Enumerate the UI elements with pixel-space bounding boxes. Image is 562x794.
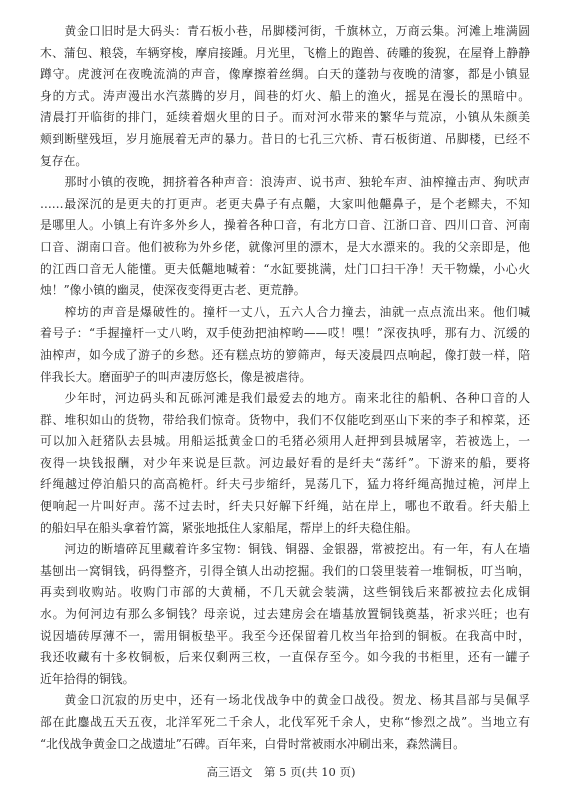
text-line: 清晨打开临街的排门，延续着烟火里的日子。而对河水带来的繁华与荒凉，小镇从朱颜美 (40, 107, 530, 129)
text-line: 伴我长大。磨面驴子的叫声凄厉悠长，像是被虐待。 (40, 367, 530, 389)
text-line: 是哪里人。小镇上有许多外乡人，操着各种口音，有北方口音、江浙口音、四川口音、河南 (40, 215, 530, 237)
text-line: 少年时，河边码头和瓦砾河滩是我们最爱去的地方。南来北往的船帆、各种口音的人 (40, 388, 530, 410)
text-line: 口音、湖南口音。他们被称为外乡佬，就像河里的漂木，是大水漂来的。我的父亲即是，他 (40, 237, 530, 259)
text-line: 夜得一块钱报酬，对少年来说是巨款。河边最好看的是纤夫“荡纤”。下游来的船，要将 (40, 453, 530, 475)
text-line: 纤绳越过停泊船只的高高桅杆。纤夫弓步缩纤，晃荡几下，猛力将纤绳高抛过桅，河岸上 (40, 474, 530, 496)
text-line: 近年拾得的铜钱。 (40, 669, 530, 691)
text-line: 群、堆积如山的货物，带给我们惊奇。货物中，我们不仅能吃到巫山下来的李子和榨菜，还 (40, 410, 530, 432)
page-footer: 高三语文 第 5 页(共 10 页) (0, 764, 562, 780)
paragraph-5: 河边的断墙碎瓦里藏着许多宝物：铜钱、铜器、金银器，常被挖出。有一年，有人在墙 基… (40, 539, 530, 690)
text-line: 烛！”像小镇的幽灵，使深夜变得更古老、更荒静。 (40, 280, 530, 302)
text-line: 蹲守。虎渡河在夜晚流淌的声音，像摩擦着丝绸。白天的蓬勃与夜晚的清寥，都是小镇显 (40, 64, 530, 86)
text-line: 部在此鏖战五天五夜，北洋军死二千余人，北伐军死千余人，史称“惨烈之战”。当地立有 (40, 712, 530, 734)
paragraph-1: 黄金口旧时是大码头：青石板小巷，吊脚楼河街，千旗林立，万商云集。河滩上堆满圆 木… (40, 21, 530, 172)
paragraph-6: 黄金口沉寂的历史中，还有一场北伐战争中的黄金口战役。贺龙、杨其昌部与吴佩孚 部在… (40, 690, 530, 755)
text-line: 颊到断壁残垣，岁月施展着无声的暴力。昔日的七孔三穴桥、青石板街道、吊脚楼，已经不 (40, 129, 530, 151)
text-line: 说因墙砖厚薄不一，需用铜板垫平。我至今还保留着几枚当年拾到的铜板。在我高中时， (40, 626, 530, 648)
text-line: 便响起一片叫好声。荡不过去时，纤夫只好解下纤绳，站在岸上，哪也不敢看。纤夫船上 (40, 496, 530, 518)
text-line: 河边的断墙碎瓦里藏着许多宝物：铜钱、铜器、金银器，常被挖出。有一年，有人在墙 (40, 539, 530, 561)
text-line: 黄金口旧时是大码头：青石板小巷，吊脚楼河街，千旗林立，万商云集。河滩上堆满圆 (40, 21, 530, 43)
text-line: 榨坊的声音是爆破性的。撞杆一丈八，五六人合力撞去，油就一点点流出来。他们喊 (40, 302, 530, 324)
text-line: 的江西口音无人能懂。更夫低齆地喊着：“水缸要挑满，灶门口扫干净！天干物燥，小心火 (40, 259, 530, 281)
document-body: 黄金口旧时是大码头：青石板小巷，吊脚楼河街，千旗林立，万商云集。河滩上堆满圆 木… (40, 21, 530, 755)
text-line: 可以加入赶猪队去县城。用船运抵黄金口的毛猪必须用人赶押到县城屠宰，若被选上，一 (40, 431, 530, 453)
text-line: 那时小镇的夜晚，拥挤着各种声音：浪涛声、说书声、独轮车声、油榨撞击声、狗吠声 (40, 172, 530, 194)
text-line: 黄金口沉寂的历史中，还有一场北伐战争中的黄金口战役。贺龙、杨其昌部与吴佩孚 (40, 690, 530, 712)
text-line: 的船妇早在船头拿着竹篙，紧张地抵住人家船尾，帮岸上的纤夫稳住船。 (40, 518, 530, 540)
text-line: 水。为何河边有那么多铜钱？母亲说，过去建房会在墙基放置铜钱奠基，祈求兴旺；也有 (40, 604, 530, 626)
text-line: 木、蒲包、粮袋，车辆穿梭，摩肩接踵。月光里，飞檐上的跑兽、砖雕的狻猊，在屋脊上静… (40, 43, 530, 65)
text-line: 身的方式。涛声漫出水汽蒸腾的岁月，闾巷的灯火、船上的渔火，摇晃在漫长的黑暗中。 (40, 86, 530, 108)
paragraph-4: 少年时，河边码头和瓦砾河滩是我们最爱去的地方。南来北往的船帆、各种口音的人 群、… (40, 388, 530, 539)
text-line: 油榨声，如今成了游子的乡愁。还有糕点坊的箩筛声，每天凌晨四点响起，像打鼓一样，陪 (40, 345, 530, 367)
text-line: 复存在。 (40, 151, 530, 173)
text-line: 再卖到收购站。收购门市部的大黄桶，不几天就会装满，这些铜钱后来都被拉去化成铜 (40, 582, 530, 604)
paragraph-3: 榨坊的声音是爆破性的。撞杆一丈八，五六人合力撞去，油就一点点流出来。他们喊 着号… (40, 302, 530, 388)
text-line: “北伐战争黄金口之战遗址”石碑。百年来，白骨时常被雨水冲刷出来，森然满目。 (40, 734, 530, 756)
text-line: 我还收藏有十多枚铜板，后来仅剩两三枚，一直保存至今。如今我的书柜里，还有一罐子 (40, 647, 530, 669)
paragraph-2: 那时小镇的夜晚，拥挤着各种声音：浪涛声、说书声、独轮车声、油榨撞击声、狗吠声 …… (40, 172, 530, 302)
text-line: 基刨出一窝铜钱，码得整齐，引得全镇人出动挖掘。我们的口袋里装着一堆铜板，叮当响， (40, 561, 530, 583)
text-line: 着号子：“手握撞杆一丈八哟，双手使劲把油榨哟——哎！嘿！”深夜执呼，那有力、沉缓… (40, 323, 530, 345)
text-line: ……最深沉的是更夫的打更声。老更夫鼻子有点齆，大家叫他齆鼻子，是个老鳏夫，不知 (40, 194, 530, 216)
